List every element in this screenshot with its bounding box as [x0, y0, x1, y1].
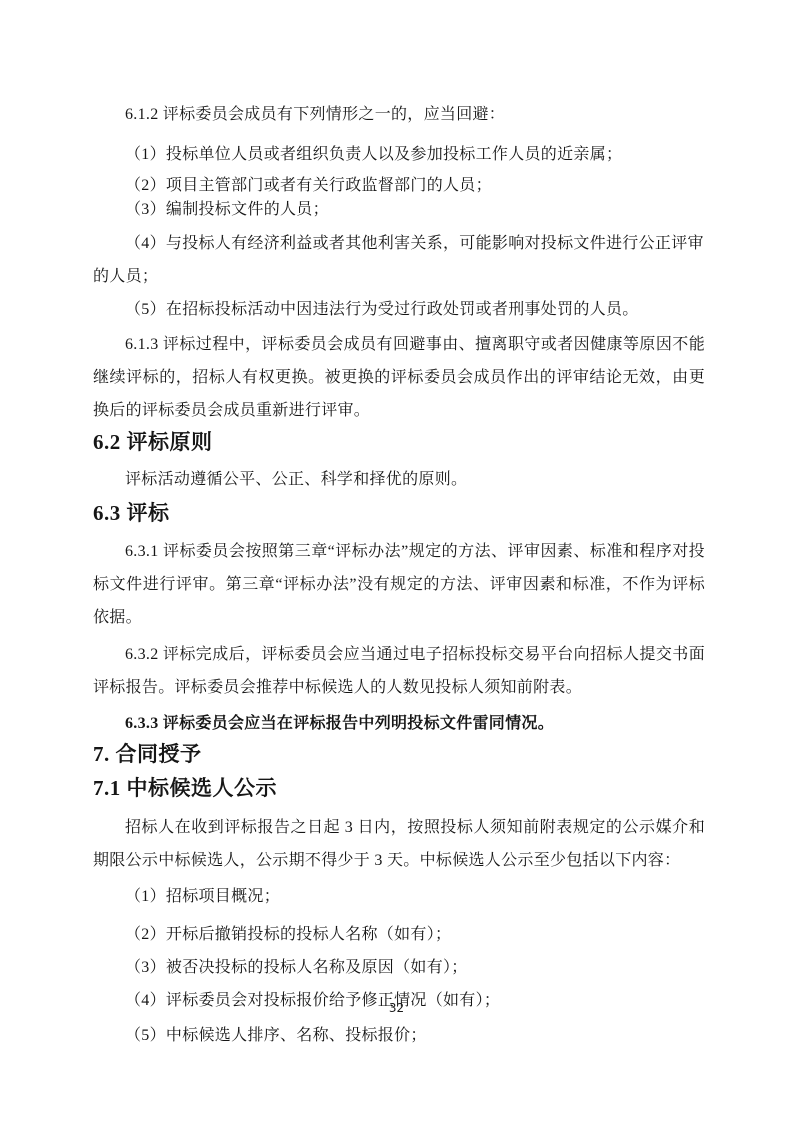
- heading-7-contract-award: 7. 合同授予: [93, 740, 705, 768]
- recusal-item-5: （5）在招标投标活动中因违法行为受过行政处罚或者刑事处罚的人员。: [93, 293, 705, 326]
- clause-6-1-3: 6.1.3 评标过程中，评标委员会成员有回避事由、擅离职守或者因健康等原因不能继…: [93, 328, 705, 427]
- publicity-item-3: （3）被否决投标的投标人名称及原因（如有）；: [93, 951, 705, 984]
- page-content: 6.1.2 评标委员会成员有下列情形之一的，应当回避： （1）投标单位人员或者组…: [93, 98, 705, 1052]
- publicity-item-2: （2）开标后撤销投标的投标人名称（如有）；: [93, 918, 705, 951]
- page-number: 32: [0, 1001, 793, 1015]
- clause-7-1-intro: 招标人在收到评标报告之日起 3 日内，按照投标人须知前附表规定的公示媒介和期限公…: [93, 811, 705, 877]
- heading-6-3-evaluation: 6.3 评标: [93, 499, 705, 527]
- document-page: 6.1.2 评标委员会成员有下列情形之一的，应当回避： （1）投标单位人员或者组…: [0, 0, 793, 1122]
- heading-7-1-winning-candidate-publicity: 7.1 中标候选人公示: [93, 774, 705, 802]
- recusal-item-4: （4）与投标人有经济利益或者其他利害关系，可能影响对投标文件进行公正评审的人员；: [93, 227, 705, 293]
- recusal-item-2: （2）项目主管部门或者有关行政监督部门的人员；: [93, 174, 705, 198]
- clause-evaluation-principles-text: 评标活动遵循公平、公正、科学和择优的原则。: [93, 463, 705, 496]
- heading-6-2-evaluation-principles: 6.2 评标原则: [93, 428, 705, 456]
- clause-6-3-2: 6.3.2 评标完成后，评标委员会应当通过电子招标投标交易平台向招标人提交书面评…: [93, 638, 705, 704]
- recusal-item-3: （3）编制投标文件的人员；: [93, 198, 705, 222]
- clause-6-3-1: 6.3.1 评标委员会按照第三章“评标办法”规定的方法、评审因素、标准和程序对投…: [93, 535, 705, 634]
- clause-6-3-3: 6.3.3 评标委员会应当在评标报告中列明投标文件雷同情况。: [93, 707, 705, 740]
- publicity-item-1: （1）招标项目概况；: [93, 880, 705, 913]
- recusal-item-1: （1）投标单位人员或者组织负责人以及参加投标工作人员的近亲属；: [93, 138, 705, 171]
- publicity-item-5: （5）中标候选人排序、名称、投标报价；: [93, 1019, 705, 1052]
- clause-6-1-2: 6.1.2 评标委员会成员有下列情形之一的，应当回避：: [93, 98, 705, 131]
